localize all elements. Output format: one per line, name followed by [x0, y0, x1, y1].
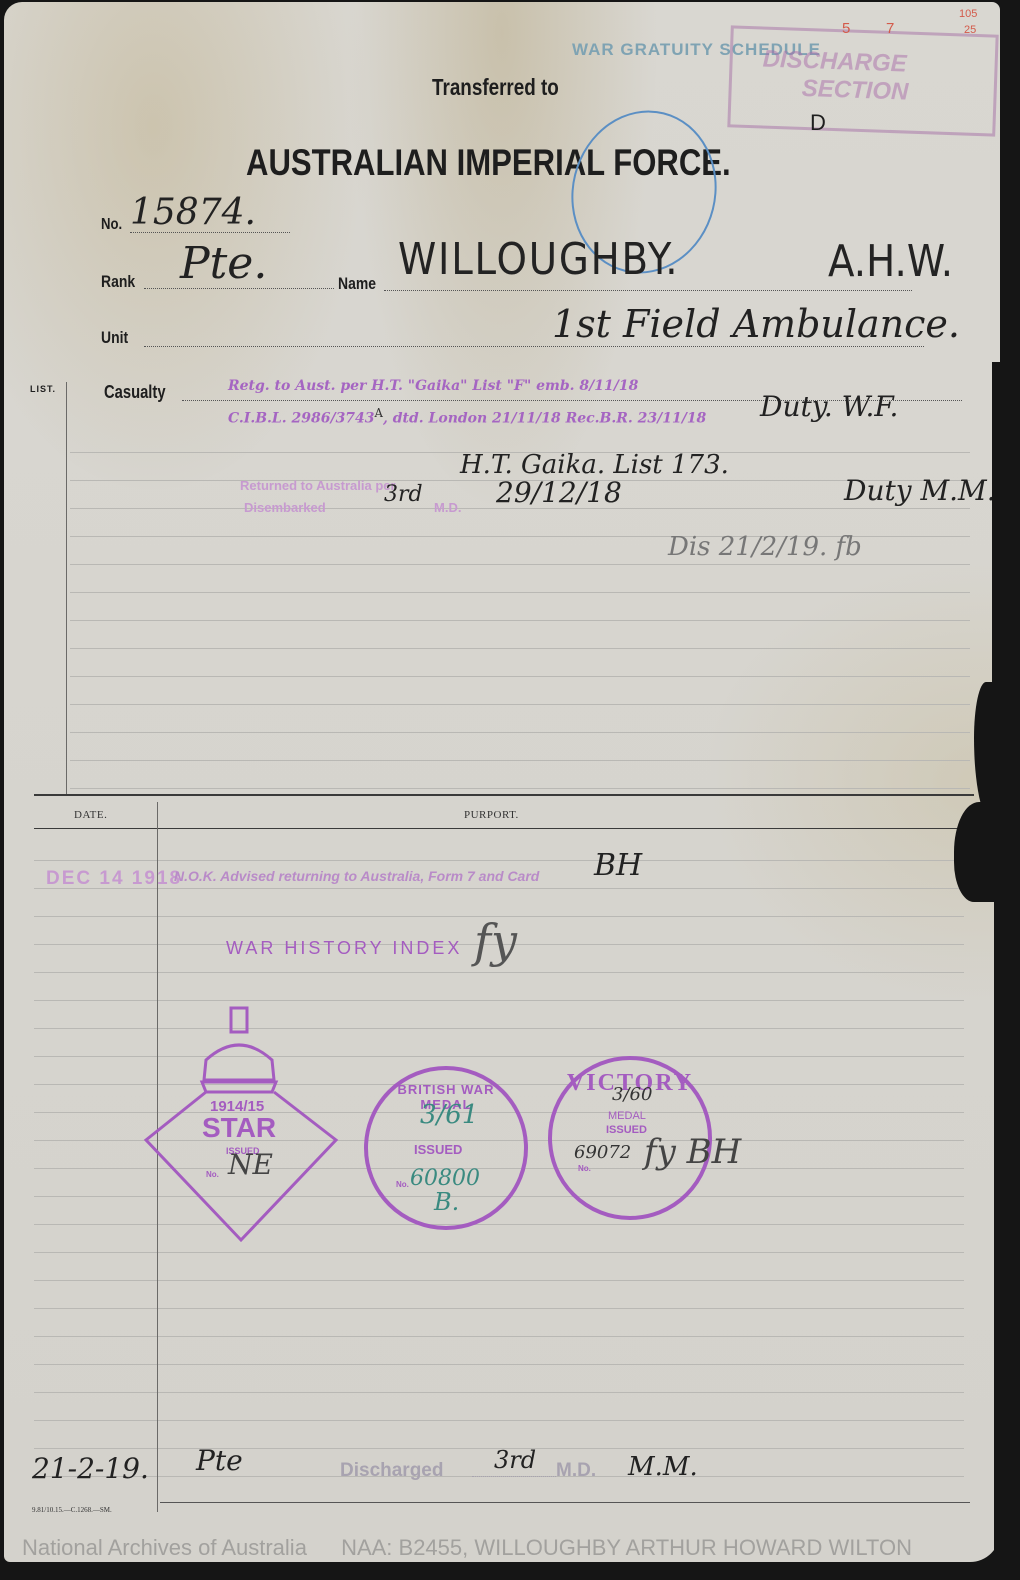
- discharge-rank: Pte: [196, 1444, 243, 1477]
- service-number: 15874.: [130, 192, 256, 233]
- rank-label: Rank: [101, 272, 143, 292]
- star-no-label: No.: [206, 1170, 219, 1179]
- discharge-note: Dis 21/2/19. fb: [668, 532, 862, 562]
- stamp-line: SECTION: [801, 75, 994, 110]
- casualty-label-text: Casualty: [104, 382, 166, 403]
- victory-initials: fy BH: [644, 1132, 741, 1172]
- page-title: AUSTRALIAN IMPERIAL FORCE.: [246, 142, 823, 184]
- war-history-initials: fy: [474, 914, 517, 968]
- bwm-mark: B.: [434, 1188, 459, 1216]
- discharged-md-value: 3rd: [494, 1446, 536, 1474]
- bwm-no-label: No.: [396, 1180, 409, 1189]
- rank-value: Pte.: [180, 238, 267, 289]
- bwm-ref: 3/61: [420, 1100, 478, 1130]
- date-column-header: DATE.: [74, 809, 107, 821]
- cibl-sup: A: [375, 406, 383, 420]
- victory-number: 69072: [574, 1142, 631, 1163]
- row-date: DEC 14 1918: [46, 868, 182, 890]
- disembarked-date: 29/12/18: [496, 476, 622, 509]
- unit-label-text: Unit: [101, 328, 128, 348]
- discharged-dotline: [472, 1476, 556, 1477]
- name-label: Name: [338, 274, 384, 294]
- star-medal-stamp: 1914/15 STAR ISSUED No. NE: [136, 1000, 346, 1250]
- corner-mark: 25: [964, 24, 976, 36]
- unit-label: Unit: [101, 328, 134, 348]
- unit-value: 1st Field Ambulance.: [552, 302, 960, 346]
- victory-ref: 3/60: [612, 1084, 652, 1105]
- duty-note-2: Duty M.M.: [844, 474, 996, 507]
- transferred-to-label: Transferred to: [432, 74, 587, 101]
- victory-no-label: No.: [578, 1164, 591, 1173]
- unit-dotline: [144, 346, 924, 347]
- cibl-rest: , dtd. London 21/11/18 Rec.B.R. 23/11/18: [383, 411, 706, 427]
- casualty-label: Casualty: [104, 382, 179, 403]
- casualty-entry-line1: Retg. to Aust. per H.T. "Gaika" List "F"…: [228, 378, 638, 394]
- discharged-md-label: M.D.: [556, 1460, 596, 1482]
- no-label-text: No.: [101, 216, 122, 234]
- table-header-rule: [34, 828, 964, 829]
- torn-edge: [994, 902, 1004, 1562]
- row-purport: N.O.K. Advised returning to Australia, F…: [174, 868, 539, 884]
- torn-edge: [954, 802, 1004, 902]
- discharged-label: Discharged: [340, 1460, 443, 1482]
- letter-d: D: [810, 110, 826, 136]
- watermark-right: NAA: B2455, WILLOUGHBY ARTHUR HOWARD WIL…: [341, 1535, 912, 1560]
- victory-medal-label: MEDAL: [608, 1110, 646, 1122]
- name-dotline: [384, 290, 912, 291]
- disembarked-md-value: 3rd: [384, 482, 423, 507]
- british-war-medal-stamp: BRITISH WAR MEDAL 3/61 ISSUED No. 60800 …: [364, 1066, 528, 1230]
- initials: A.H.W.: [828, 236, 953, 287]
- casualty-entry-line2: C.I.B.L. 2986/3743A, dtd. London 21/11/1…: [228, 406, 706, 427]
- purport-column-header: PURPORT.: [464, 809, 519, 821]
- returned-label: Returned to Australia per: [240, 478, 396, 493]
- no-label: No.: [101, 216, 127, 234]
- discharged-initials: M.M.: [628, 1452, 698, 1482]
- rank-label-text: Rank: [101, 272, 135, 292]
- victory-issued: ISSUED: [606, 1124, 647, 1136]
- name-label-text: Name: [338, 274, 376, 294]
- star-title: STAR: [202, 1112, 276, 1144]
- cibl-ref: C.I.B.L. 2986/3743: [228, 411, 375, 427]
- duty-note-1: Duty. W.F.: [760, 390, 898, 423]
- footer-rule: [160, 1502, 970, 1503]
- surname: WILLOUGHBY.: [398, 234, 679, 285]
- bwm-issued: ISSUED: [414, 1142, 462, 1157]
- corner-mark: 7: [886, 20, 894, 37]
- corner-mark: 105: [959, 8, 977, 20]
- list-label: LIST.: [30, 384, 56, 394]
- archive-watermark: National Archives of Australia NAA: B245…: [22, 1535, 912, 1561]
- torn-edge: [974, 682, 1004, 822]
- service-record-page: WAR GRATUITY SCHEDULE DISCHARGE SECTION …: [4, 2, 1000, 1562]
- transferred-to-text: Transferred to: [432, 74, 559, 101]
- discharge-section-stamp: DISCHARGE SECTION: [727, 25, 998, 136]
- war-history-index-stamp: WAR HISTORY INDEX: [226, 938, 462, 959]
- row-initials: BH: [594, 848, 642, 883]
- disembarked-md-label: M.D.: [434, 500, 461, 515]
- list-column-divider: [66, 382, 67, 794]
- disembarked-label: Disembarked: [244, 500, 326, 515]
- stamp-line: DISCHARGE: [762, 45, 995, 81]
- watermark-left: National Archives of Australia: [22, 1535, 307, 1560]
- corner-mark: 5: [842, 20, 850, 37]
- section-divider: [34, 794, 974, 796]
- print-code: 9.81/10.15.—C.1268.—SM.: [32, 1506, 112, 1514]
- star-value: NE: [228, 1148, 273, 1181]
- discharge-date: 21-2-19.: [32, 1452, 149, 1485]
